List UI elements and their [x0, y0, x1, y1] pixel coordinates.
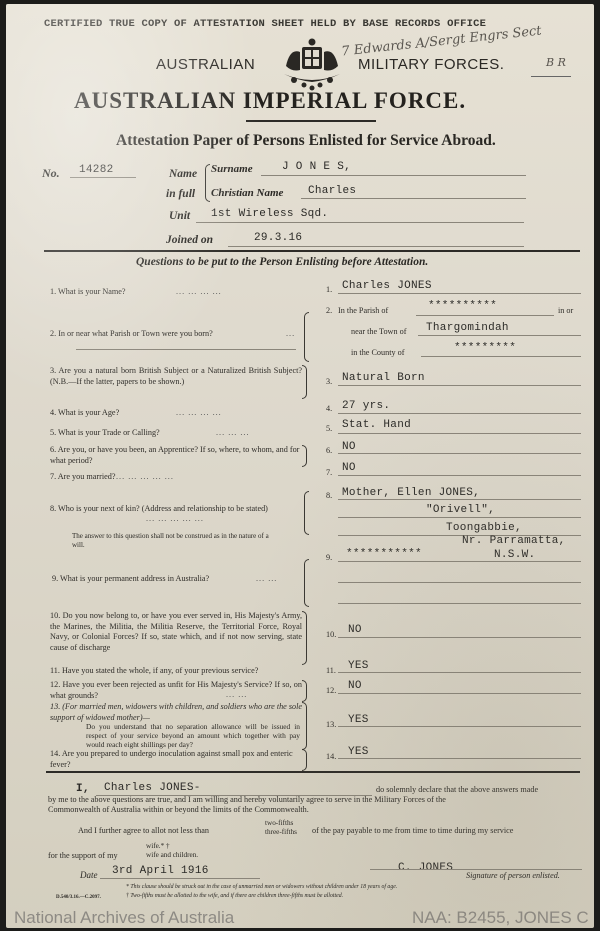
answer-6: NO [342, 441, 356, 453]
answer-2-parish: ********** [428, 300, 497, 312]
question-8-note: The answer to this question shall not be… [72, 532, 282, 549]
joined-on-label: Joined on [166, 234, 213, 246]
question-13-condition: 13. (For married men, widowers with chil… [50, 702, 304, 723]
answer-4: 27 yrs. [342, 400, 390, 412]
answer-8-line-4: Nr. Parramatta, [462, 535, 566, 547]
question-12: 12. Have you ever been rejected as unfit… [50, 680, 302, 701]
answer-10: NO [348, 624, 362, 636]
name-label: Name [169, 168, 197, 180]
question-14: 14. Are you prepared to undergo inoculat… [50, 749, 304, 770]
question-6: 6. Are you, or have you been, an Apprent… [50, 445, 302, 466]
form-code: D.540/3.16.—C.2097. [56, 895, 101, 900]
answer-2-county: ********* [454, 342, 516, 354]
allot-option-two-fifths: two-fifths [265, 819, 293, 828]
question-2: 2. In or near what Parish or Town were y… [50, 329, 213, 340]
subtitle: Attestation Paper of Persons Enlisted fo… [116, 132, 496, 150]
answer-8-line-1: Mother, Ellen JONES, [342, 487, 480, 499]
archive-watermark-left: National Archives of Australia [14, 908, 234, 928]
footnote-1: * This clause should be struck out in th… [126, 884, 397, 890]
question-11: 11. Have you stated the whole, if any, o… [50, 666, 258, 677]
surname-label: Surname [211, 163, 253, 175]
declaration-rule [46, 771, 580, 773]
answer-13: YES [348, 714, 369, 726]
signature-value: C. JONES [398, 862, 453, 874]
question-5: 5. What is your Trade or Calling? [50, 428, 160, 439]
answer-3: Natural Born [342, 372, 425, 384]
answer-8-line-2: "Orivell", [426, 504, 495, 516]
date-label: Date [80, 870, 98, 880]
attestation-paper: CERTIFIED TRUE COPY OF ATTESTATION SHEET… [6, 4, 594, 928]
service-number: 14282 [79, 164, 114, 176]
footnote-2: † Two-fifths must be allotted to the wif… [126, 893, 343, 899]
handwritten-underline [531, 76, 571, 77]
question-4: 4. What is your Age? [50, 408, 119, 419]
archive-watermark-right: NAA: B2455, JONES C [412, 908, 589, 928]
title-rule [246, 120, 376, 122]
section-rule [44, 250, 580, 252]
unit-label: Unit [169, 210, 190, 222]
coat-of-arms-icon [276, 36, 348, 92]
australian-label: AUSTRALIAN [156, 56, 255, 73]
answer-8-line-5: N.S.W. [494, 549, 535, 561]
handwritten-note-2: B R [546, 56, 566, 69]
surname-value: J O N E S, [282, 161, 351, 173]
answer-5: Stat. Hand [342, 419, 411, 431]
question-10: 10. Do you now belong to, or have you ev… [50, 611, 302, 653]
signature-label: Signature of person enlisted. [466, 871, 560, 880]
answer-1: Charles JONES [342, 280, 432, 292]
answer-12: NO [348, 680, 362, 692]
answer-14: YES [348, 746, 369, 758]
support-option-wife: wife.* † [146, 842, 170, 850]
christian-name-value: Charles [308, 185, 356, 197]
christian-name-label: Christian Name [211, 187, 283, 199]
answer-7: NO [342, 462, 356, 474]
declarant-name: Charles JONES- [104, 782, 201, 794]
certified-copy-line: CERTIFIED TRUE COPY OF ATTESTATION SHEET… [44, 18, 486, 30]
question-13: Do you understand that no separation all… [86, 722, 300, 749]
unit-value: 1st Wireless Sqd. [211, 208, 328, 220]
question-9: 9. What is your permanent address in Aus… [52, 574, 209, 585]
answer-2-town: Thargomindah [426, 322, 509, 334]
in-full-label: in full [166, 188, 195, 200]
question-8: 8. Who is your next of kin? (Address and… [50, 504, 306, 515]
military-forces-label: MILITARY FORCES. [358, 56, 504, 73]
answer-9: *********** [346, 548, 422, 560]
answer-11: YES [348, 660, 369, 672]
answer-8-line-3: Toongabbie, [446, 522, 522, 534]
joined-on-value: 29.3.16 [254, 232, 302, 244]
date-value: 3rd April 1916 [112, 865, 209, 877]
main-title: AUSTRALIAN IMPERIAL FORCE. [74, 88, 466, 114]
allot-option-three-fifths: three-fifths [265, 828, 297, 837]
support-option-wife-children: wife and children. [146, 851, 198, 859]
no-label: No. [42, 166, 60, 181]
question-1: 1. What is your Name? [50, 287, 126, 298]
questions-heading: Questions to be put to the Person Enlist… [136, 256, 428, 268]
question-7: 7. Are you married? [50, 472, 115, 483]
question-3: 3. Are you a natural born British Subjec… [50, 366, 302, 387]
